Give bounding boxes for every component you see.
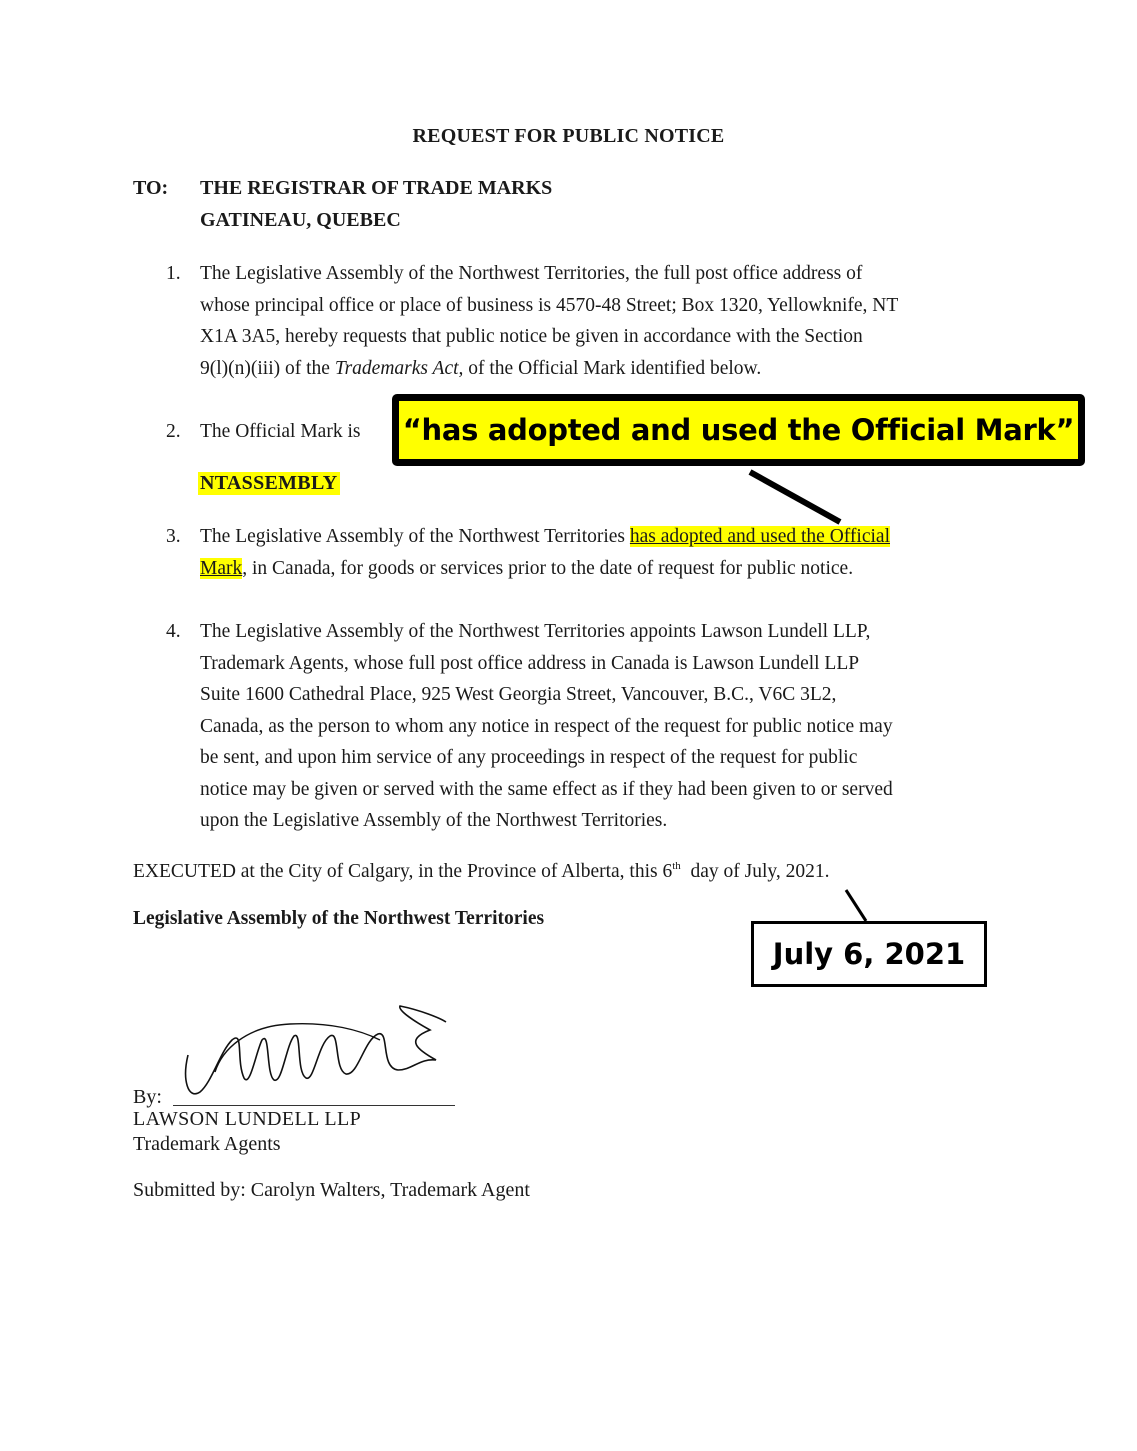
firm-role: Trademark Agents: [133, 1133, 281, 1156]
firm-name: LAWSON LUNDELL LLP: [133, 1108, 361, 1131]
quote-callout: “has adopted and used the Official Mark”: [392, 394, 1085, 466]
submitted-by: Submitted by: Carolyn Walters, Trademark…: [133, 1179, 530, 1202]
annotation-connectors: [0, 0, 1137, 1451]
quote-callout-pointer: [750, 472, 840, 522]
signature-icon: [186, 1006, 446, 1094]
signature-line: [173, 1105, 455, 1106]
date-callout-pointer: [846, 890, 866, 921]
date-callout: July 6, 2021: [751, 921, 987, 987]
by-label: By:: [133, 1086, 162, 1109]
